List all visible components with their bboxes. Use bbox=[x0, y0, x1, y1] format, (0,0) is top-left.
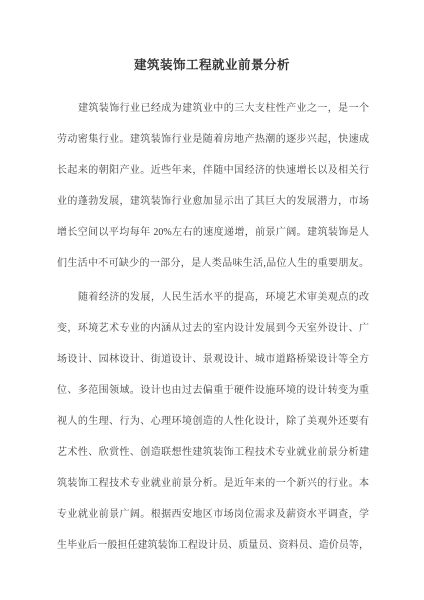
paragraph-1: 建筑装饰行业已经成为建筑业中的三大支柱性产业之一，是一个 劳动密集行业。建筑装饰… bbox=[57, 93, 369, 279]
text-line: 专业就业前景广阔。根据西安地区市场岗位需求及薪资水平调查，学 bbox=[57, 499, 369, 530]
text-line: 筑装饰工程技术专业就业前景分析。是近年来的一个新兴的行业。本 bbox=[57, 468, 369, 499]
text-line: 劳动密集行业。建筑装饰行业是随着房地产热潮的逐步兴起，快速成 bbox=[57, 124, 369, 155]
document-title: 建筑装饰工程就业前景分析 bbox=[0, 55, 424, 73]
document-page: 建筑装饰工程就业前景分析 建筑装饰行业已经成为建筑业中的三大支柱性产业之一，是一… bbox=[0, 0, 424, 600]
text-line: 建筑装饰行业已经成为建筑业中的三大支柱性产业之一，是一个 bbox=[57, 93, 369, 124]
paragraph-2: 随着经济的发展，人民生活水平的提高，环境艺术审美观点的改 变，环境艺术专业的内涵… bbox=[57, 282, 369, 561]
text-line: 们生活中不可缺少的一部分，是人类品味生活,品位人生的重要朋友。 bbox=[57, 248, 369, 279]
text-line: 增长空间以平均每年 20%左右的速度递增，前景广阔。建筑装饰是人 bbox=[57, 217, 369, 248]
text-line: 长起来的朝阳产业。近些年来，伴随中国经济的快速增长以及相关行 bbox=[57, 155, 369, 186]
text-line: 场设计、园林设计、街道设计、景观设计、城市道路桥梁设计等全方 bbox=[57, 344, 369, 375]
text-line: 位、多范围领域。设计也由过去偏重于硬件设施环境的设计转变为重 bbox=[57, 375, 369, 406]
text-line: 视人的生理、行为、心理环境创造的人性化设计，除了美观外还要有 bbox=[57, 406, 369, 437]
text-line: 艺术性、欣赏性、创造联想性建筑装饰工程技术专业就业前景分析建 bbox=[57, 437, 369, 468]
text-line: 随着经济的发展，人民生活水平的提高，环境艺术审美观点的改 bbox=[57, 282, 369, 313]
document-body: 建筑装饰行业已经成为建筑业中的三大支柱性产业之一，是一个 劳动密集行业。建筑装饰… bbox=[57, 93, 369, 561]
text-line: 业的蓬勃发展，建筑装饰行业愈加显示出了其巨大的发展潜力，市场 bbox=[57, 186, 369, 217]
text-line: 生毕业后一般担任建筑装饰工程设计员、质量员、资料员、造价员等， bbox=[57, 530, 369, 561]
text-line: 变，环境艺术专业的内涵从过去的室内设计发展到今天室外设计、广 bbox=[57, 313, 369, 344]
